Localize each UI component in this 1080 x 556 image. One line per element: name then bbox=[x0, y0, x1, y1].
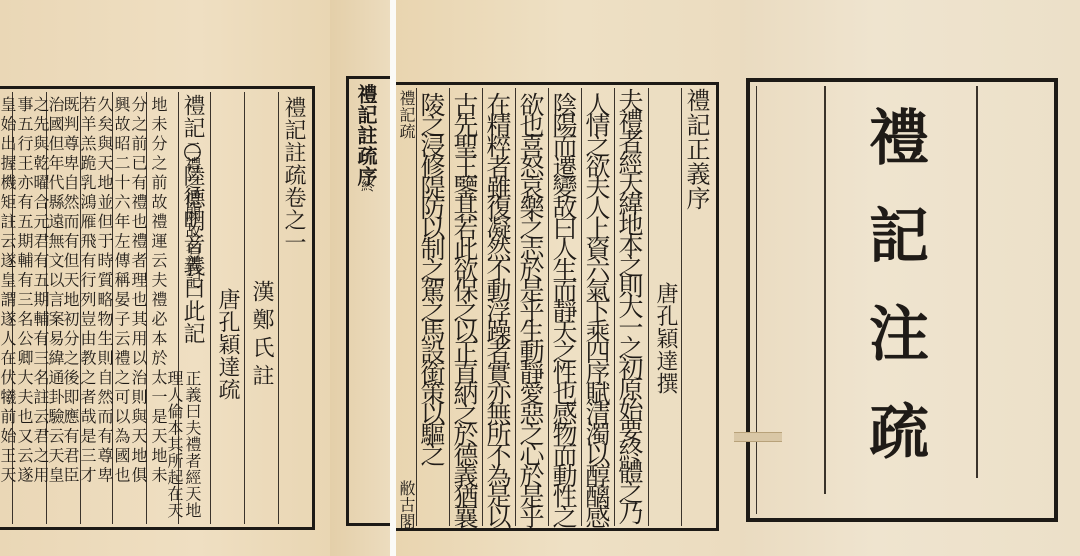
commentator-kong: 唐孔穎達疏 bbox=[216, 288, 238, 401]
spine-title: 禮記註疏序 bbox=[356, 84, 376, 187]
text-column: 陵之浸修隄防以制之駕之馬設銜策以驅之 bbox=[419, 92, 444, 463]
cover-char: 禮 bbox=[859, 106, 929, 204]
chapter-page: 禮記註疏卷之一 漢鄭氏註 唐孔穎達疏 禮記○陸德明音義曰此記 二禮之遺闕故名禮記… bbox=[0, 0, 330, 556]
cover-char: 注 bbox=[859, 302, 929, 400]
top-border bbox=[396, 82, 716, 85]
preface-page: 禮記正義序 唐孔穎達撰 夫禮者經天緯地本之則大一之初原始要終體之乃 人情之欲夫人… bbox=[396, 0, 740, 556]
text-column: 理人倫本其所起在天 bbox=[166, 370, 182, 519]
text-column: 陰陽而遷變故曰人生而靜天之性也感物而動性之 bbox=[551, 92, 576, 525]
text-column: 人情之欲夫人上資六氣下乘四序賦清濁以醇醨感 bbox=[584, 92, 609, 525]
top-border bbox=[0, 86, 312, 89]
column-rule bbox=[244, 92, 245, 524]
cover-title-rule-right bbox=[976, 86, 978, 478]
cover-char: 記 bbox=[859, 204, 929, 302]
column-rule bbox=[210, 92, 211, 524]
right-border bbox=[716, 82, 719, 531]
text-column: 事五行王亦有五期輔有三名公卿大夫也又云遂 bbox=[16, 96, 32, 486]
text-column: 欲也喜怒哀樂之志於是乎生動靜愛惡之心於是乎 bbox=[518, 92, 543, 525]
right-border bbox=[312, 86, 315, 530]
spine-page: 禮記註疏序 終 bbox=[330, 0, 390, 556]
column-rule bbox=[278, 92, 279, 524]
text-column: 正義曰夫禮者經天地 bbox=[184, 370, 200, 519]
volume-title: 禮記註疏卷之一 bbox=[282, 96, 304, 254]
cover-char: 疏 bbox=[859, 400, 929, 498]
text-column: 久矣與天地並但于時質略物生則自然而有尊卑 bbox=[96, 96, 112, 486]
text-column: 地未分之前故禮運云夫禮必本於太一是天地未 bbox=[150, 96, 166, 486]
preface-title: 禮記正義序 bbox=[684, 88, 708, 211]
text-column: 若羊羔跪乳鴻雁飛有行列豈由教之者哉是三才 bbox=[79, 96, 95, 486]
preface-author: 唐孔穎達撰 bbox=[654, 282, 676, 395]
cover-inner-rule bbox=[756, 86, 757, 514]
text-column: 二禮之遺闕故名禮記 bbox=[184, 140, 200, 289]
cover-title: 禮記注疏 bbox=[864, 106, 924, 498]
bottom-border bbox=[396, 528, 716, 531]
text-column: 在精粹者雖復凝然不動浮躁者實亦無所不為是以 bbox=[485, 92, 510, 525]
text-column: 皇始出握機矩註云遂皇謂遂人在伏犧前始王天 bbox=[0, 96, 15, 486]
text-column: 分之前已有禮也禮者理也其用以治則與天地俱 bbox=[130, 96, 146, 486]
cover-title-rule-left bbox=[824, 86, 826, 494]
text-column: 興故昭二十六年左傳稱晏子云禮之可以為國也 bbox=[113, 96, 129, 486]
binding-thread bbox=[740, 432, 782, 442]
spine-mark: 終 bbox=[360, 178, 374, 193]
margin-label: 禮記疏 bbox=[398, 90, 414, 140]
margin-publisher: 敝古閣 bbox=[398, 480, 414, 530]
text-column: 之先與乾曜合元君有五期輔有三名註云君之用 bbox=[32, 96, 48, 486]
column-rule bbox=[648, 88, 649, 526]
cover-page: 禮記注疏 bbox=[740, 0, 1080, 556]
bottom-border bbox=[0, 527, 312, 530]
text-column: 古先聖王鑒其若此欲保之以正直納之於德義猶襄 bbox=[452, 92, 477, 525]
text-column: 夫禮者經天緯地本之則大一之初原始要終體之乃 bbox=[617, 88, 642, 521]
commentator-zheng: 漢鄭氏註 bbox=[250, 280, 272, 392]
